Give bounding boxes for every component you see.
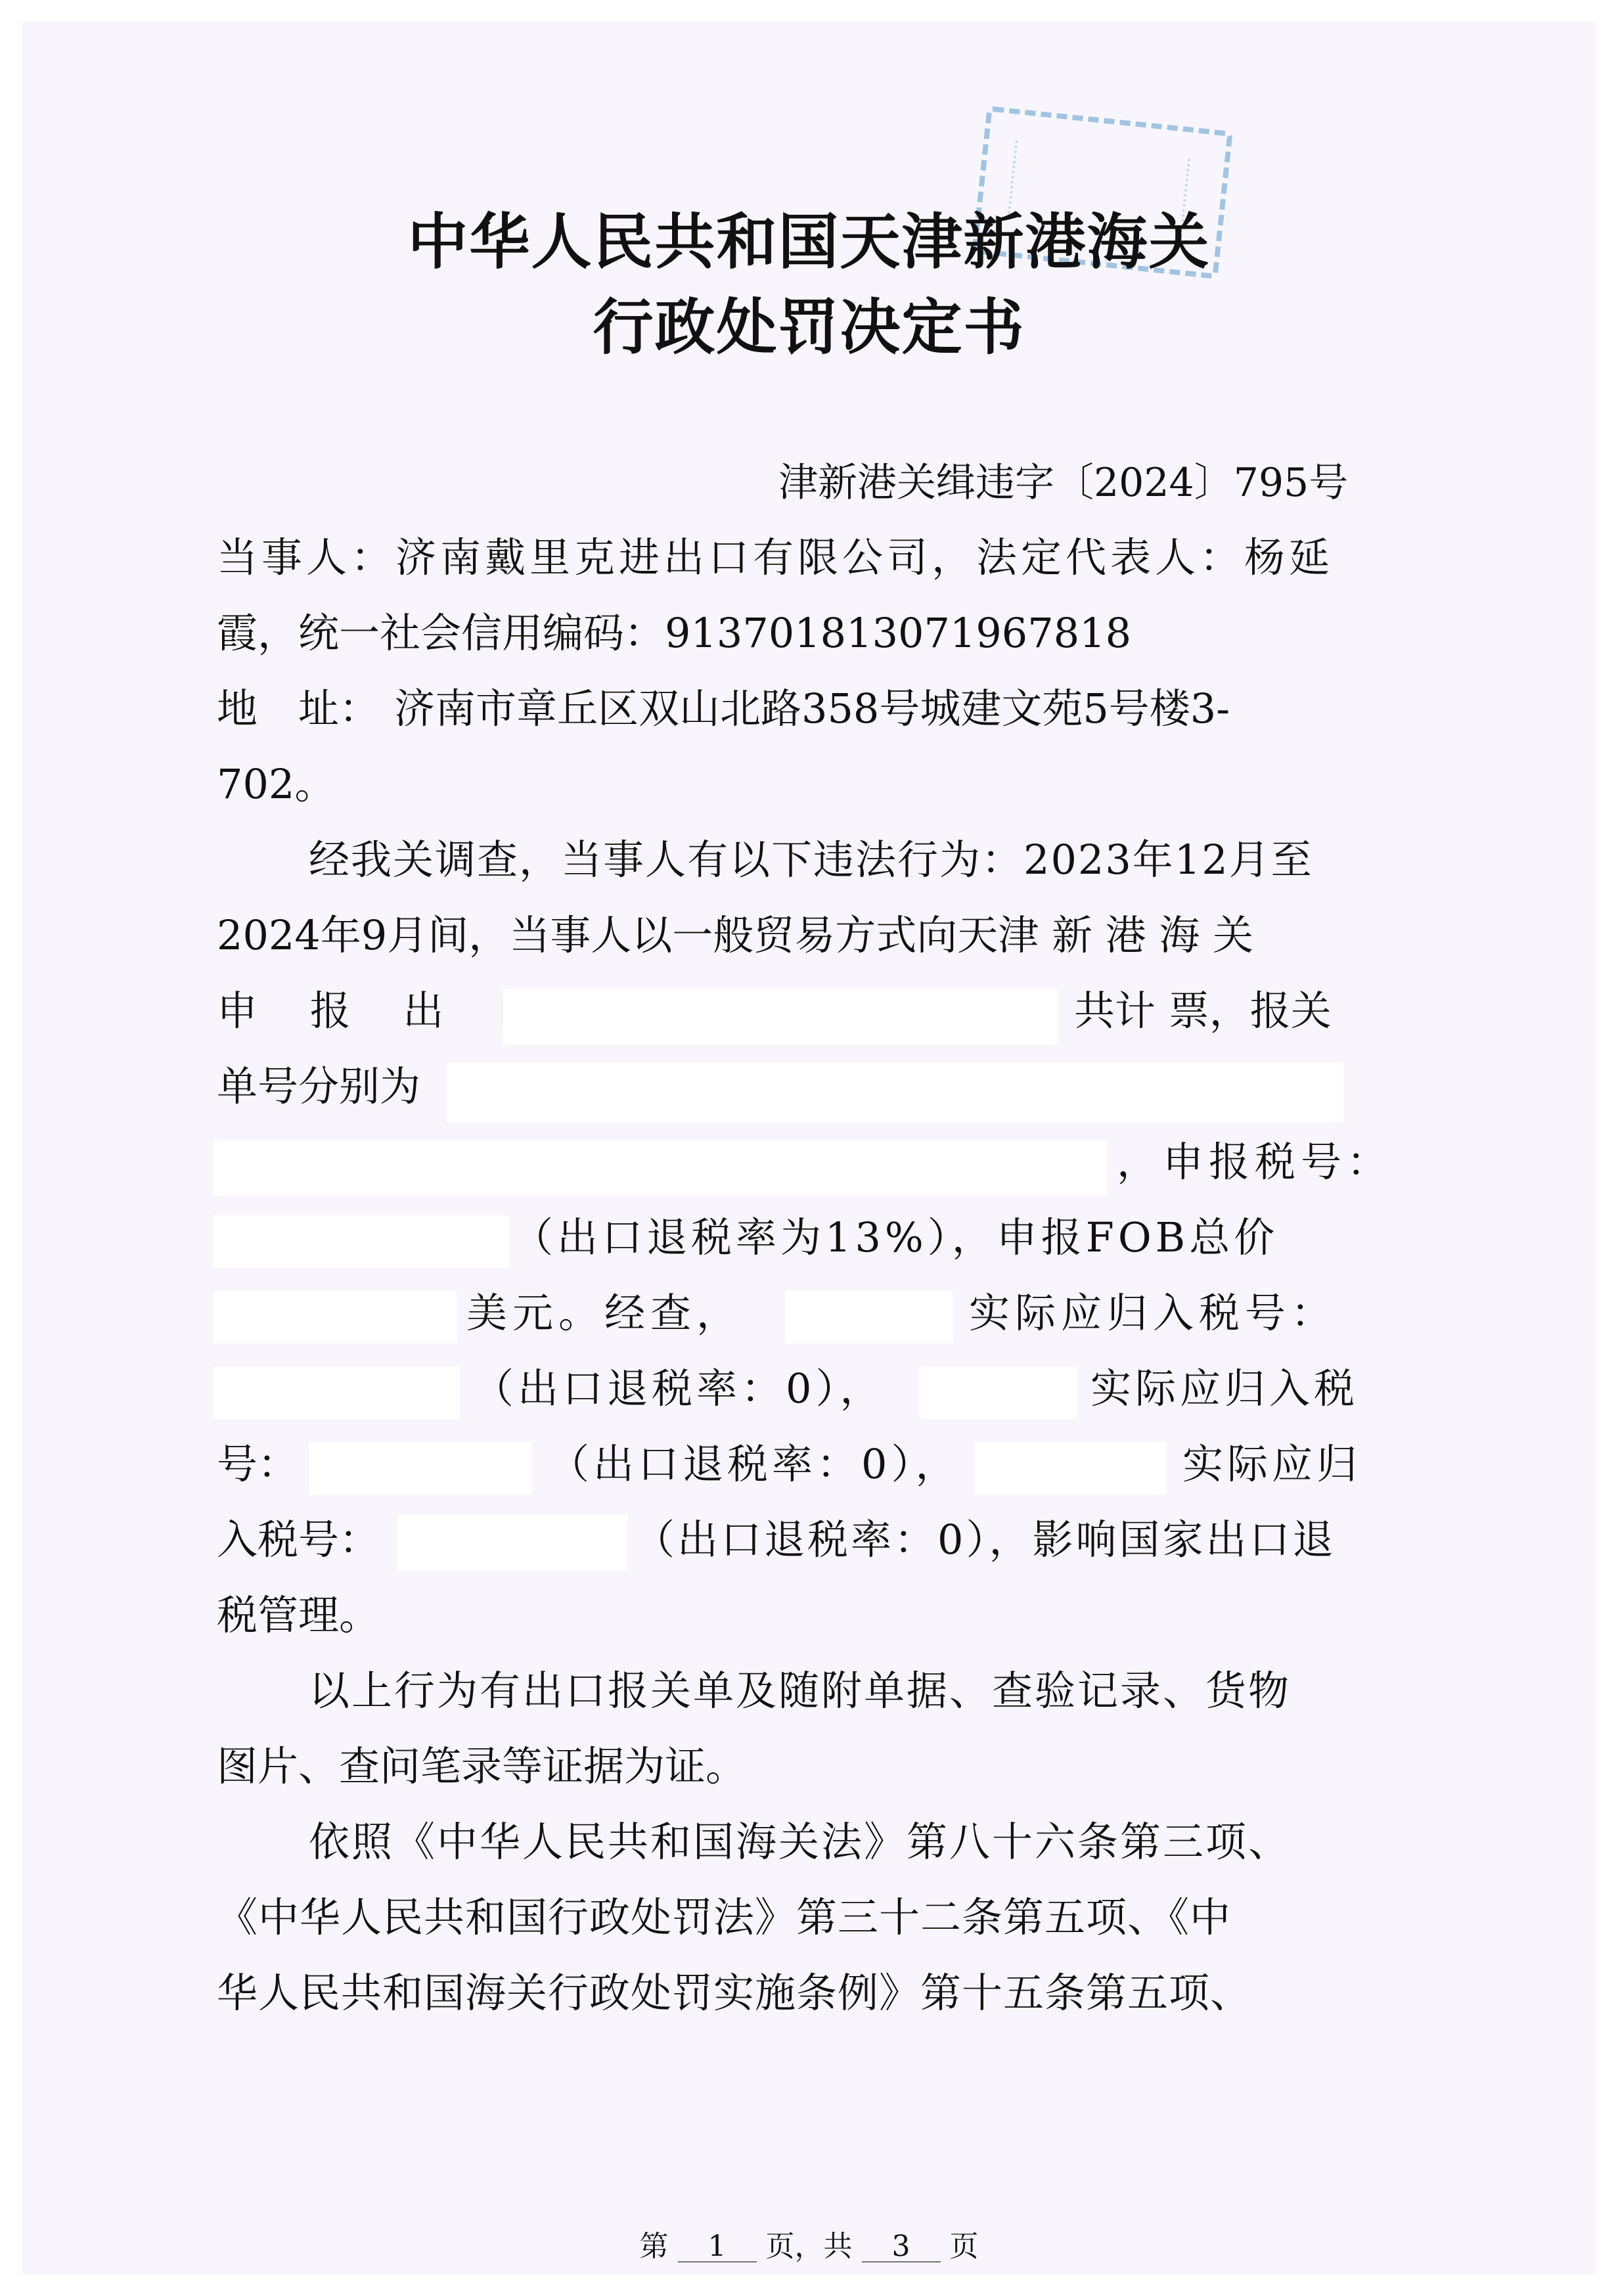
basis-line1: 依照《中华人民共和国海关法》第八十六条第三项、 <box>309 1822 1291 1862</box>
document-number: 津新港关缉违字〔2024〕795号 <box>778 463 1348 503</box>
facts-line7a: 美元。经查， <box>466 1293 742 1334</box>
basis-line3: 华人民共和国海关行政处罚实施条例》第十五条第五项、 <box>217 1973 1251 2014</box>
redaction-box <box>397 1514 627 1570</box>
address-line2: 702。 <box>217 764 335 805</box>
page-prefix: 第 <box>640 2230 669 2263</box>
redaction-box <box>447 1063 1343 1122</box>
redaction-box <box>920 1366 1077 1419</box>
facts-line10b: （出口退税率：0），影响国家出口退 <box>634 1519 1336 1560</box>
facts-line7b: 实际应归入税号： <box>969 1293 1337 1334</box>
evidence-line2: 图片、查问笔录等证据为证。 <box>217 1746 746 1787</box>
facts-line8b: 实际应归入税 <box>1090 1368 1359 1409</box>
redaction-box <box>976 1442 1166 1495</box>
party-line2: 霞，统一社会信用编码：913701813071967818 <box>217 613 1131 654</box>
document-title-line1: 中华人民共和国天津新港海关 <box>0 212 1618 272</box>
page-mid: 页，共 <box>766 2230 853 2263</box>
facts-line8a: （出口退税率：0）， <box>473 1368 884 1409</box>
document-title-line2: 行政处罚决定书 <box>0 297 1618 357</box>
facts-line4: 单号分别为 <box>217 1066 420 1107</box>
redaction-box <box>213 1291 457 1343</box>
page-footer: 第 1 页，共 3 页 <box>0 2232 1618 2262</box>
address-line1: 济南市章丘区双山北路358号城建文苑5号楼3- <box>394 688 1230 729</box>
redaction-box <box>309 1442 532 1495</box>
facts-line2: 2024年9月间，当事人以一般贸易方式向天津 新 港 海 关 <box>217 915 1253 956</box>
facts-line11: 税管理。 <box>217 1595 380 1636</box>
page-suffix: 页 <box>950 2230 979 2263</box>
facts-line3b: 共计 票，报关 <box>1074 991 1332 1031</box>
evidence-line1: 以上行为有出口报关单及随附单据、查验记录、货物 <box>309 1671 1291 1711</box>
redaction-box <box>213 1366 460 1419</box>
facts-line9a: 号： <box>217 1444 298 1485</box>
facts-line5: ，申报税号： <box>1117 1142 1393 1182</box>
redaction-box <box>213 1215 509 1268</box>
redaction-box <box>503 989 1058 1045</box>
party-line1: 当事人：济南戴里克进出口有限公司，法定代表人：杨延 <box>217 537 1334 578</box>
facts-line9c: 实际应归 <box>1182 1444 1361 1485</box>
facts-line9b: （出口退税率：0）， <box>549 1444 960 1485</box>
redaction-box <box>213 1140 1107 1196</box>
address-label: 地 址： <box>217 688 380 729</box>
redaction-box <box>785 1291 953 1343</box>
facts-line6: （出口退税率为13%），申报FOB总价 <box>512 1217 1278 1258</box>
page-total: 3 <box>862 2232 941 2262</box>
facts-line1: 经我关调查，当事人有以下违法行为：2023年12月至 <box>309 840 1313 880</box>
facts-line10a: 入税号： <box>217 1519 380 1560</box>
page-current: 1 <box>678 2232 757 2262</box>
basis-line2: 《中华人民共和国行政处罚法》第三十二条第五项、《中 <box>217 1897 1231 1938</box>
